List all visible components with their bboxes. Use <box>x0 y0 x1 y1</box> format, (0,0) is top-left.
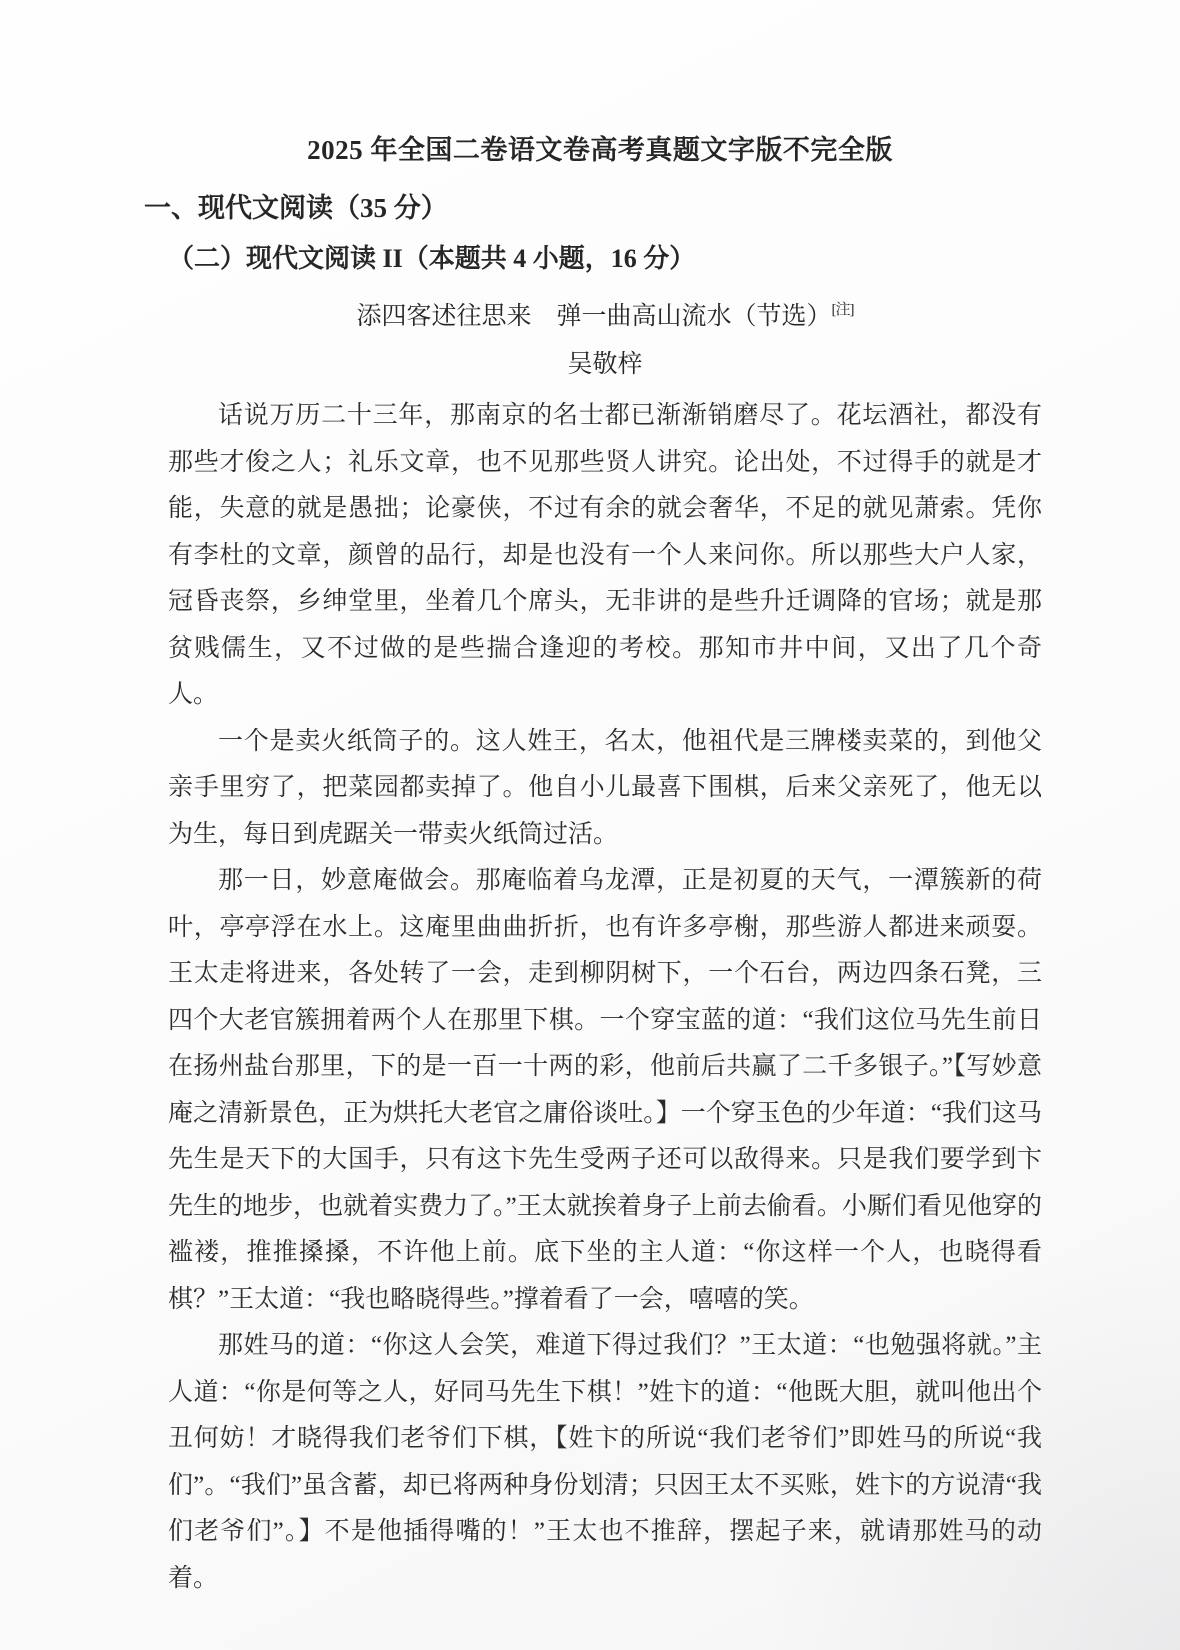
section-heading: 一、现代文阅读（35 分） <box>144 191 1042 225</box>
passage-paragraph: 话说万历二十三年，那南京的名士都已渐渐销磨尽了。花坛酒社，都没有那些才俊之人；礼… <box>168 393 1042 719</box>
passage-title-text: 添四客述往思来 弹一曲高山流水（节选） <box>356 303 831 330</box>
subsection-heading: （二）现代文阅读 II（本题共 4 小题，16 分） <box>168 242 1042 276</box>
passage-body: 话说万历二十三年，那南京的名士都已渐渐销磨尽了。花坛酒社，都没有那些才俊之人；礼… <box>168 393 1042 1602</box>
document-page: 2025 年全国二卷语文卷高考真题文字版不完全版 一、现代文阅读（35 分） （… <box>0 0 1180 1650</box>
note-superscript: [注] <box>832 302 854 318</box>
document-content: 2025 年全国二卷语文卷高考真题文字版不完全版 一、现代文阅读（35 分） （… <box>168 132 1042 1602</box>
passage-title: 添四客述往思来 弹一曲高山流水（节选）[注] <box>168 293 1042 334</box>
page-title: 2025 年全国二卷语文卷高考真题文字版不完全版 <box>158 132 1042 168</box>
passage-paragraph: 那一日，妙意庵做会。那庵临着乌龙潭，正是初夏的天气，一潭簇新的荷叶，亭亭浮在水上… <box>168 858 1042 1323</box>
passage-paragraph: 一个是卖火纸筒子的。这人姓王，名太，他祖代是三牌楼卖菜的，到他父亲手里穷了，把菜… <box>168 719 1042 859</box>
passage-author: 吴敬梓 <box>168 348 1042 382</box>
passage-paragraph: 那姓马的道：“你这人会笑，难道下得过我们？”王太道：“也勉强将就。”主人道：“你… <box>168 1323 1042 1602</box>
